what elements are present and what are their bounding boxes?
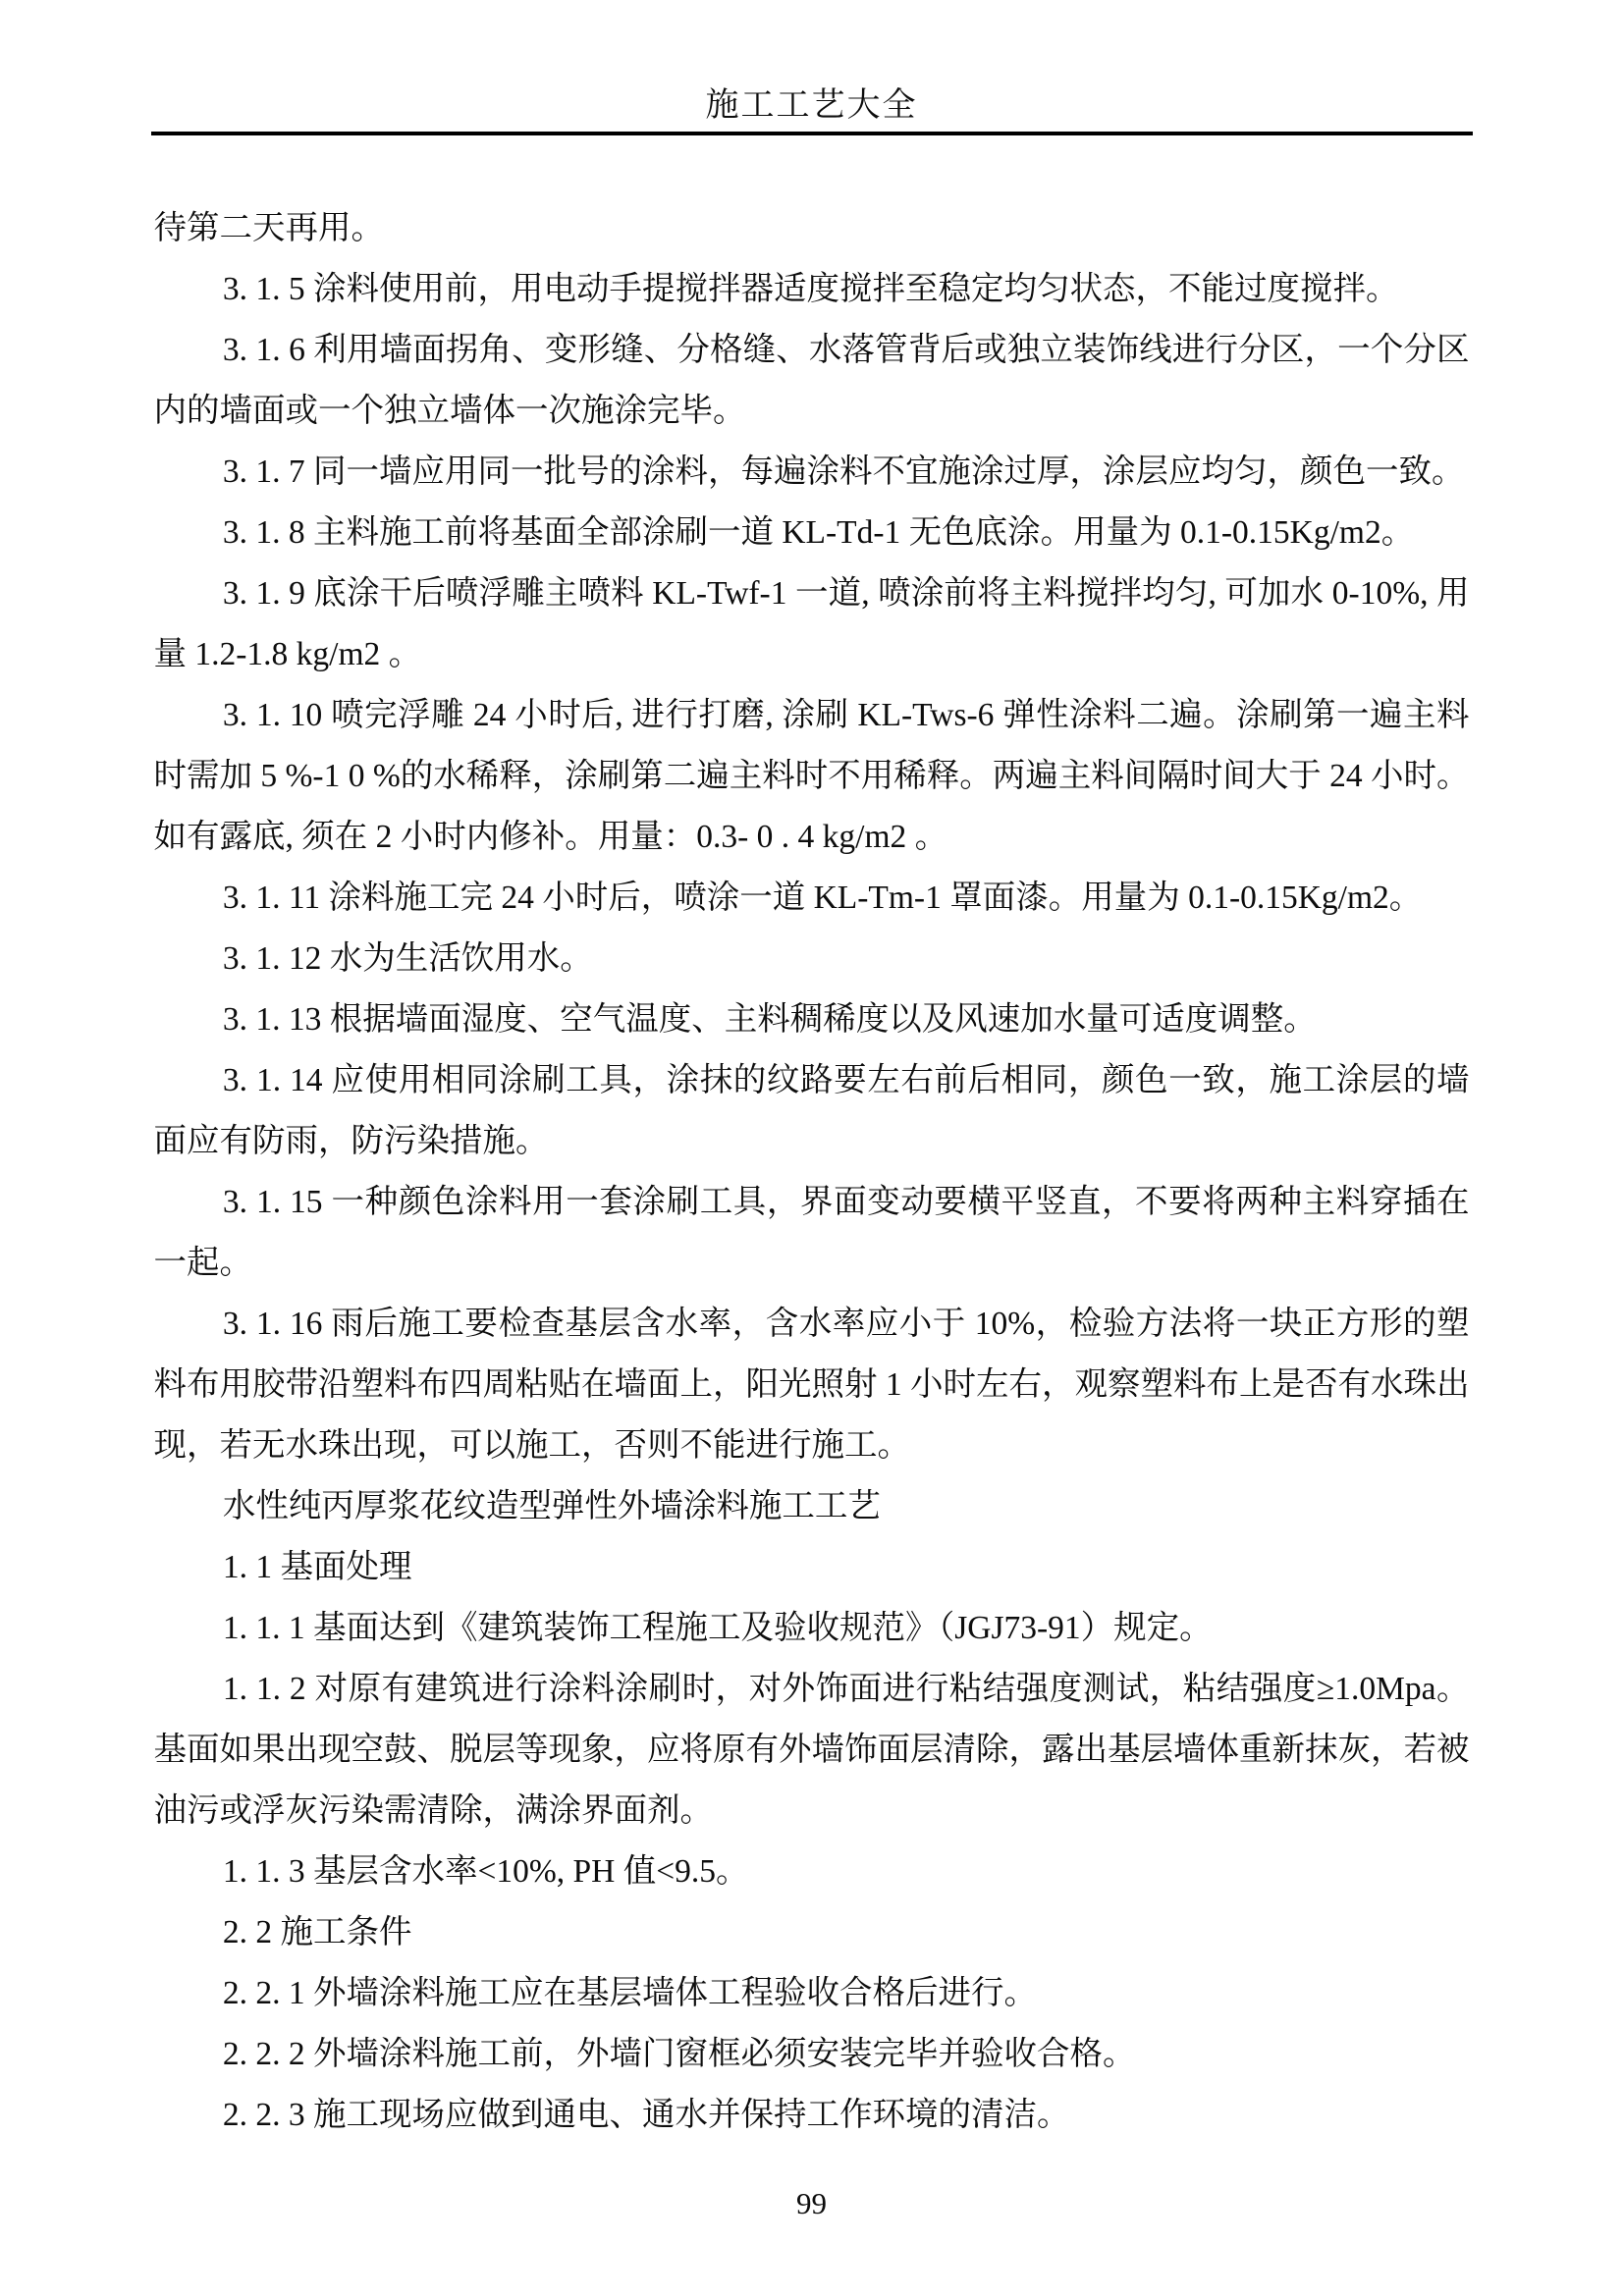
paragraph-2-2-3: 2. 2. 3 施工现场应做到通电、通水并保持工作环境的清洁。 bbox=[154, 2085, 1470, 2146]
page-header: 施工工艺大全 bbox=[0, 0, 1623, 135]
document-body: 待第二天再用。3. 1. 5 涂料使用前，用电动手提搅拌器适度搅拌至稳定均匀状态… bbox=[154, 135, 1470, 2146]
paragraph-1-1-2: 1. 1. 2 对原有建筑进行涂料涂刷时，对外饰面进行粘结强度测试，粘结强度≥1… bbox=[154, 1659, 1470, 1842]
paragraph-2-2-1: 2. 2. 1 外墙涂料施工应在基层墙体工程验收合格后进行。 bbox=[154, 1963, 1470, 2024]
paragraph-3-1-15: 3. 1. 15 一种颜色涂料用一套涂刷工具，界面变动要横平竖直，不要将两种主料… bbox=[154, 1172, 1470, 1294]
paragraph-3-1-10: 3. 1. 10 喷完浮雕 24 小时后, 进行打磨, 涂刷 KL-Tws-6 … bbox=[154, 685, 1470, 868]
paragraph-3-1-13: 3. 1. 13 根据墙面湿度、空气温度、主料稠稀度以及风速加水量可适度调整。 bbox=[154, 989, 1470, 1050]
paragraph-1-1: 1. 1 基面处理 bbox=[154, 1537, 1470, 1598]
paragraph-continuation: 待第二天再用。 bbox=[154, 198, 1470, 259]
paragraph-3-1-7: 3. 1. 7 同一墙应用同一批号的涂料，每遍涂料不宜施涂过厚，涂层应均匀，颜色… bbox=[154, 442, 1470, 503]
page-title: 施工工艺大全 bbox=[0, 84, 1623, 128]
paragraph-3-1-14: 3. 1. 14 应使用相同涂刷工具，涂抹的纹路要左右前后相同，颜色一致，施工涂… bbox=[154, 1050, 1470, 1172]
paragraph-3-1-6: 3. 1. 6 利用墙面拐角、变形缝、分格缝、水落管背后或独立装饰线进行分区，一… bbox=[154, 320, 1470, 442]
paragraph-3-1-11: 3. 1. 11 涂料施工完 24 小时后，喷涂一道 KL-Tm-1 罩面漆。用… bbox=[154, 868, 1470, 929]
section-title: 水性纯丙厚浆花纹造型弹性外墙涂料施工工艺 bbox=[154, 1476, 1470, 1537]
paragraph-3-1-16: 3. 1. 16 雨后施工要检查基层含水率，含水率应小于 10%，检验方法将一块… bbox=[154, 1294, 1470, 1476]
paragraph-3-1-12: 3. 1. 12 水为生活饮用水。 bbox=[154, 929, 1470, 989]
paragraph-1-1-3: 1. 1. 3 基层含水率<10%, PH 值<9.5。 bbox=[154, 1842, 1470, 1902]
paragraph-3-1-9: 3. 1. 9 底涂干后喷浮雕主喷料 KL-Twf-1 一道, 喷涂前将主料搅拌… bbox=[154, 563, 1470, 685]
paragraph-3-1-8: 3. 1. 8 主料施工前将基面全部涂刷一道 KL-Td-1 无色底涂。用量为 … bbox=[154, 503, 1470, 563]
page-number: 99 bbox=[796, 2186, 827, 2220]
paragraph-2-2: 2. 2 施工条件 bbox=[154, 1902, 1470, 1963]
page-footer: 99 bbox=[0, 2184, 1623, 2223]
paragraph-1-1-1: 1. 1. 1 基面达到《建筑装饰工程施工及验收规范》（JGJ73-91）规定。 bbox=[154, 1598, 1470, 1659]
paragraph-2-2-2: 2. 2. 2 外墙涂料施工前，外墙门窗框必须安装完毕并验收合格。 bbox=[154, 2024, 1470, 2085]
paragraph-3-1-5: 3. 1. 5 涂料使用前，用电动手提搅拌器适度搅拌至稳定均匀状态，不能过度搅拌… bbox=[154, 259, 1470, 320]
document-page: 施工工艺大全 待第二天再用。3. 1. 5 涂料使用前，用电动手提搅拌器适度搅拌… bbox=[0, 0, 1623, 2146]
